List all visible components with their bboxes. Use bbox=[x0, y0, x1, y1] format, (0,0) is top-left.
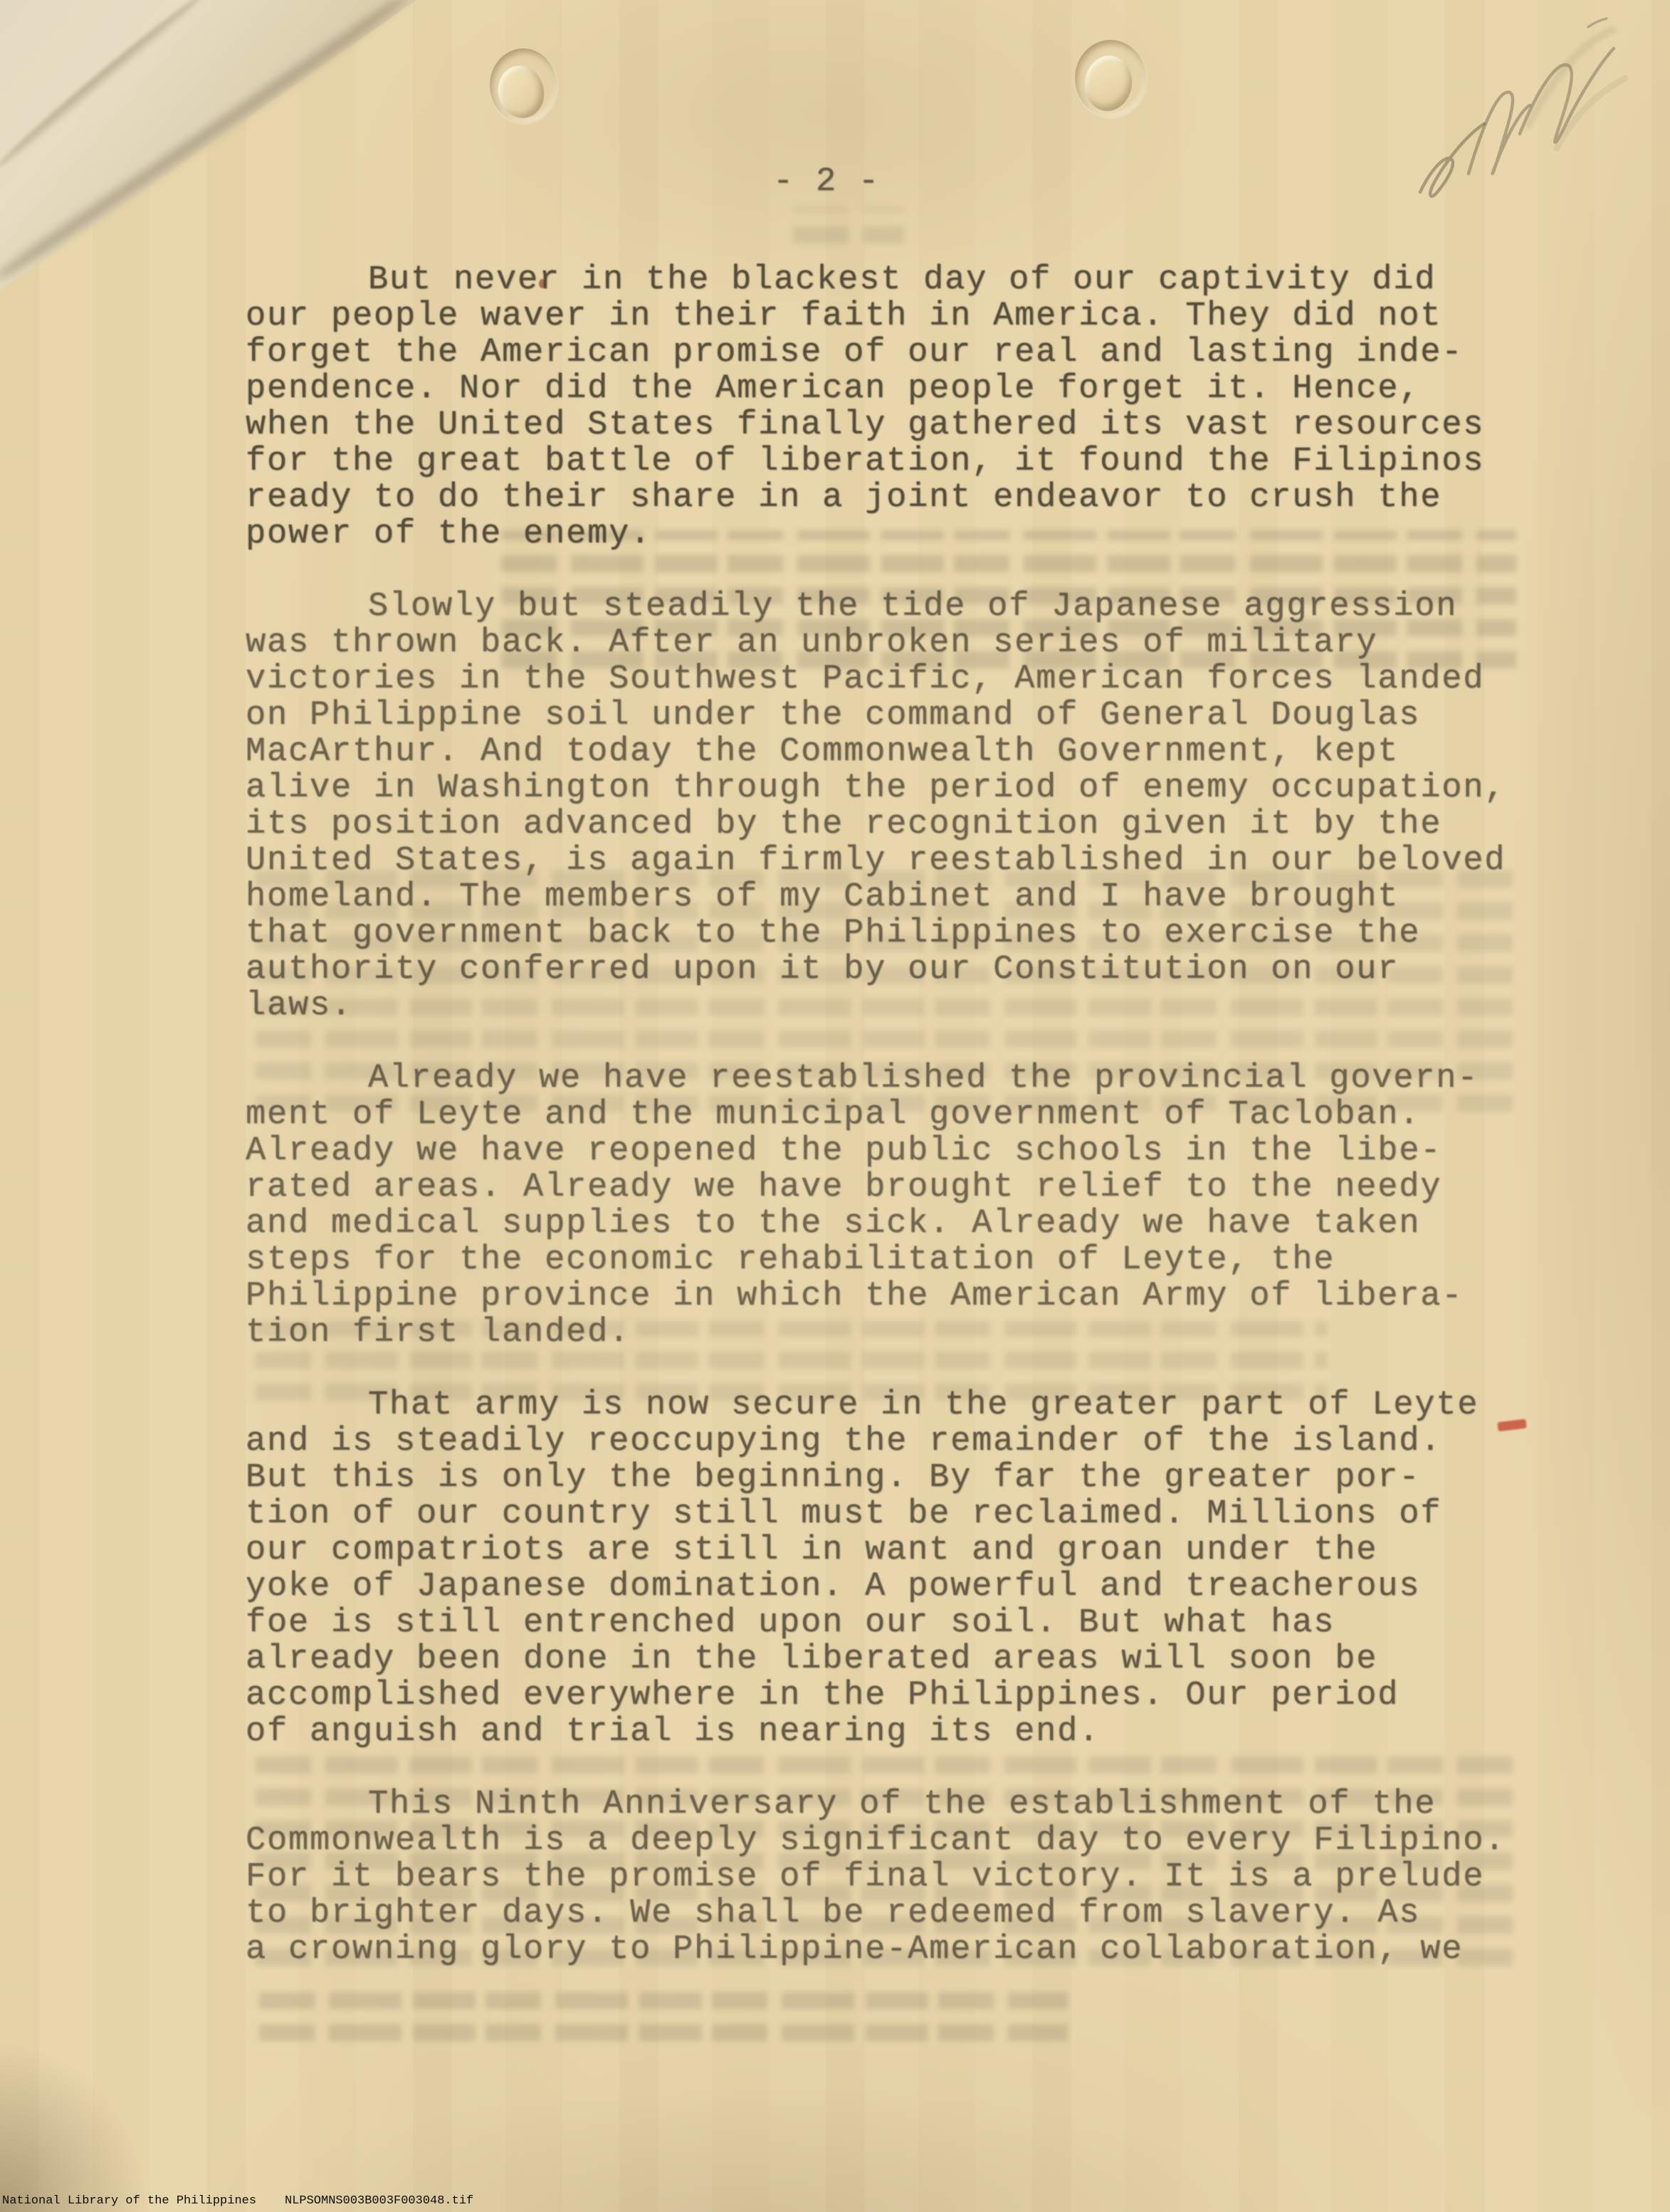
hole-punch-left bbox=[490, 48, 557, 122]
paragraph-2: Slowly but steadily the tide of Japanese… bbox=[246, 589, 1534, 1024]
footer-filename: NLPSOMNS003B003F003048.tif bbox=[285, 2192, 473, 2211]
hole-punch-right bbox=[1075, 40, 1146, 117]
paragraph-3: Already we have reestablished the provin… bbox=[246, 1060, 1534, 1351]
paragraph-4: That army is now secure in the greater p… bbox=[246, 1387, 1534, 1750]
paragraph-5: This Ninth Anniversary of the establishm… bbox=[246, 1786, 1534, 1968]
scan-footer: National Library of the Philippines NLPS… bbox=[0, 2191, 1670, 2212]
page-number: - 2 - bbox=[773, 164, 880, 200]
bleed-through-smudge bbox=[783, 208, 904, 248]
scanned-document-page: - 2 - But never in the blackest day of o… bbox=[0, 0, 1670, 2212]
folded-corner bbox=[0, 0, 434, 306]
document-body: But never in the blackest day of our cap… bbox=[246, 262, 1534, 2004]
paragraph-1: But never in the blackest day of our cap… bbox=[246, 262, 1534, 552]
footer-library-name: National Library of the Philippines bbox=[2, 2192, 256, 2211]
ink-speck bbox=[539, 279, 545, 288]
handwritten-scribble bbox=[1377, 6, 1669, 219]
